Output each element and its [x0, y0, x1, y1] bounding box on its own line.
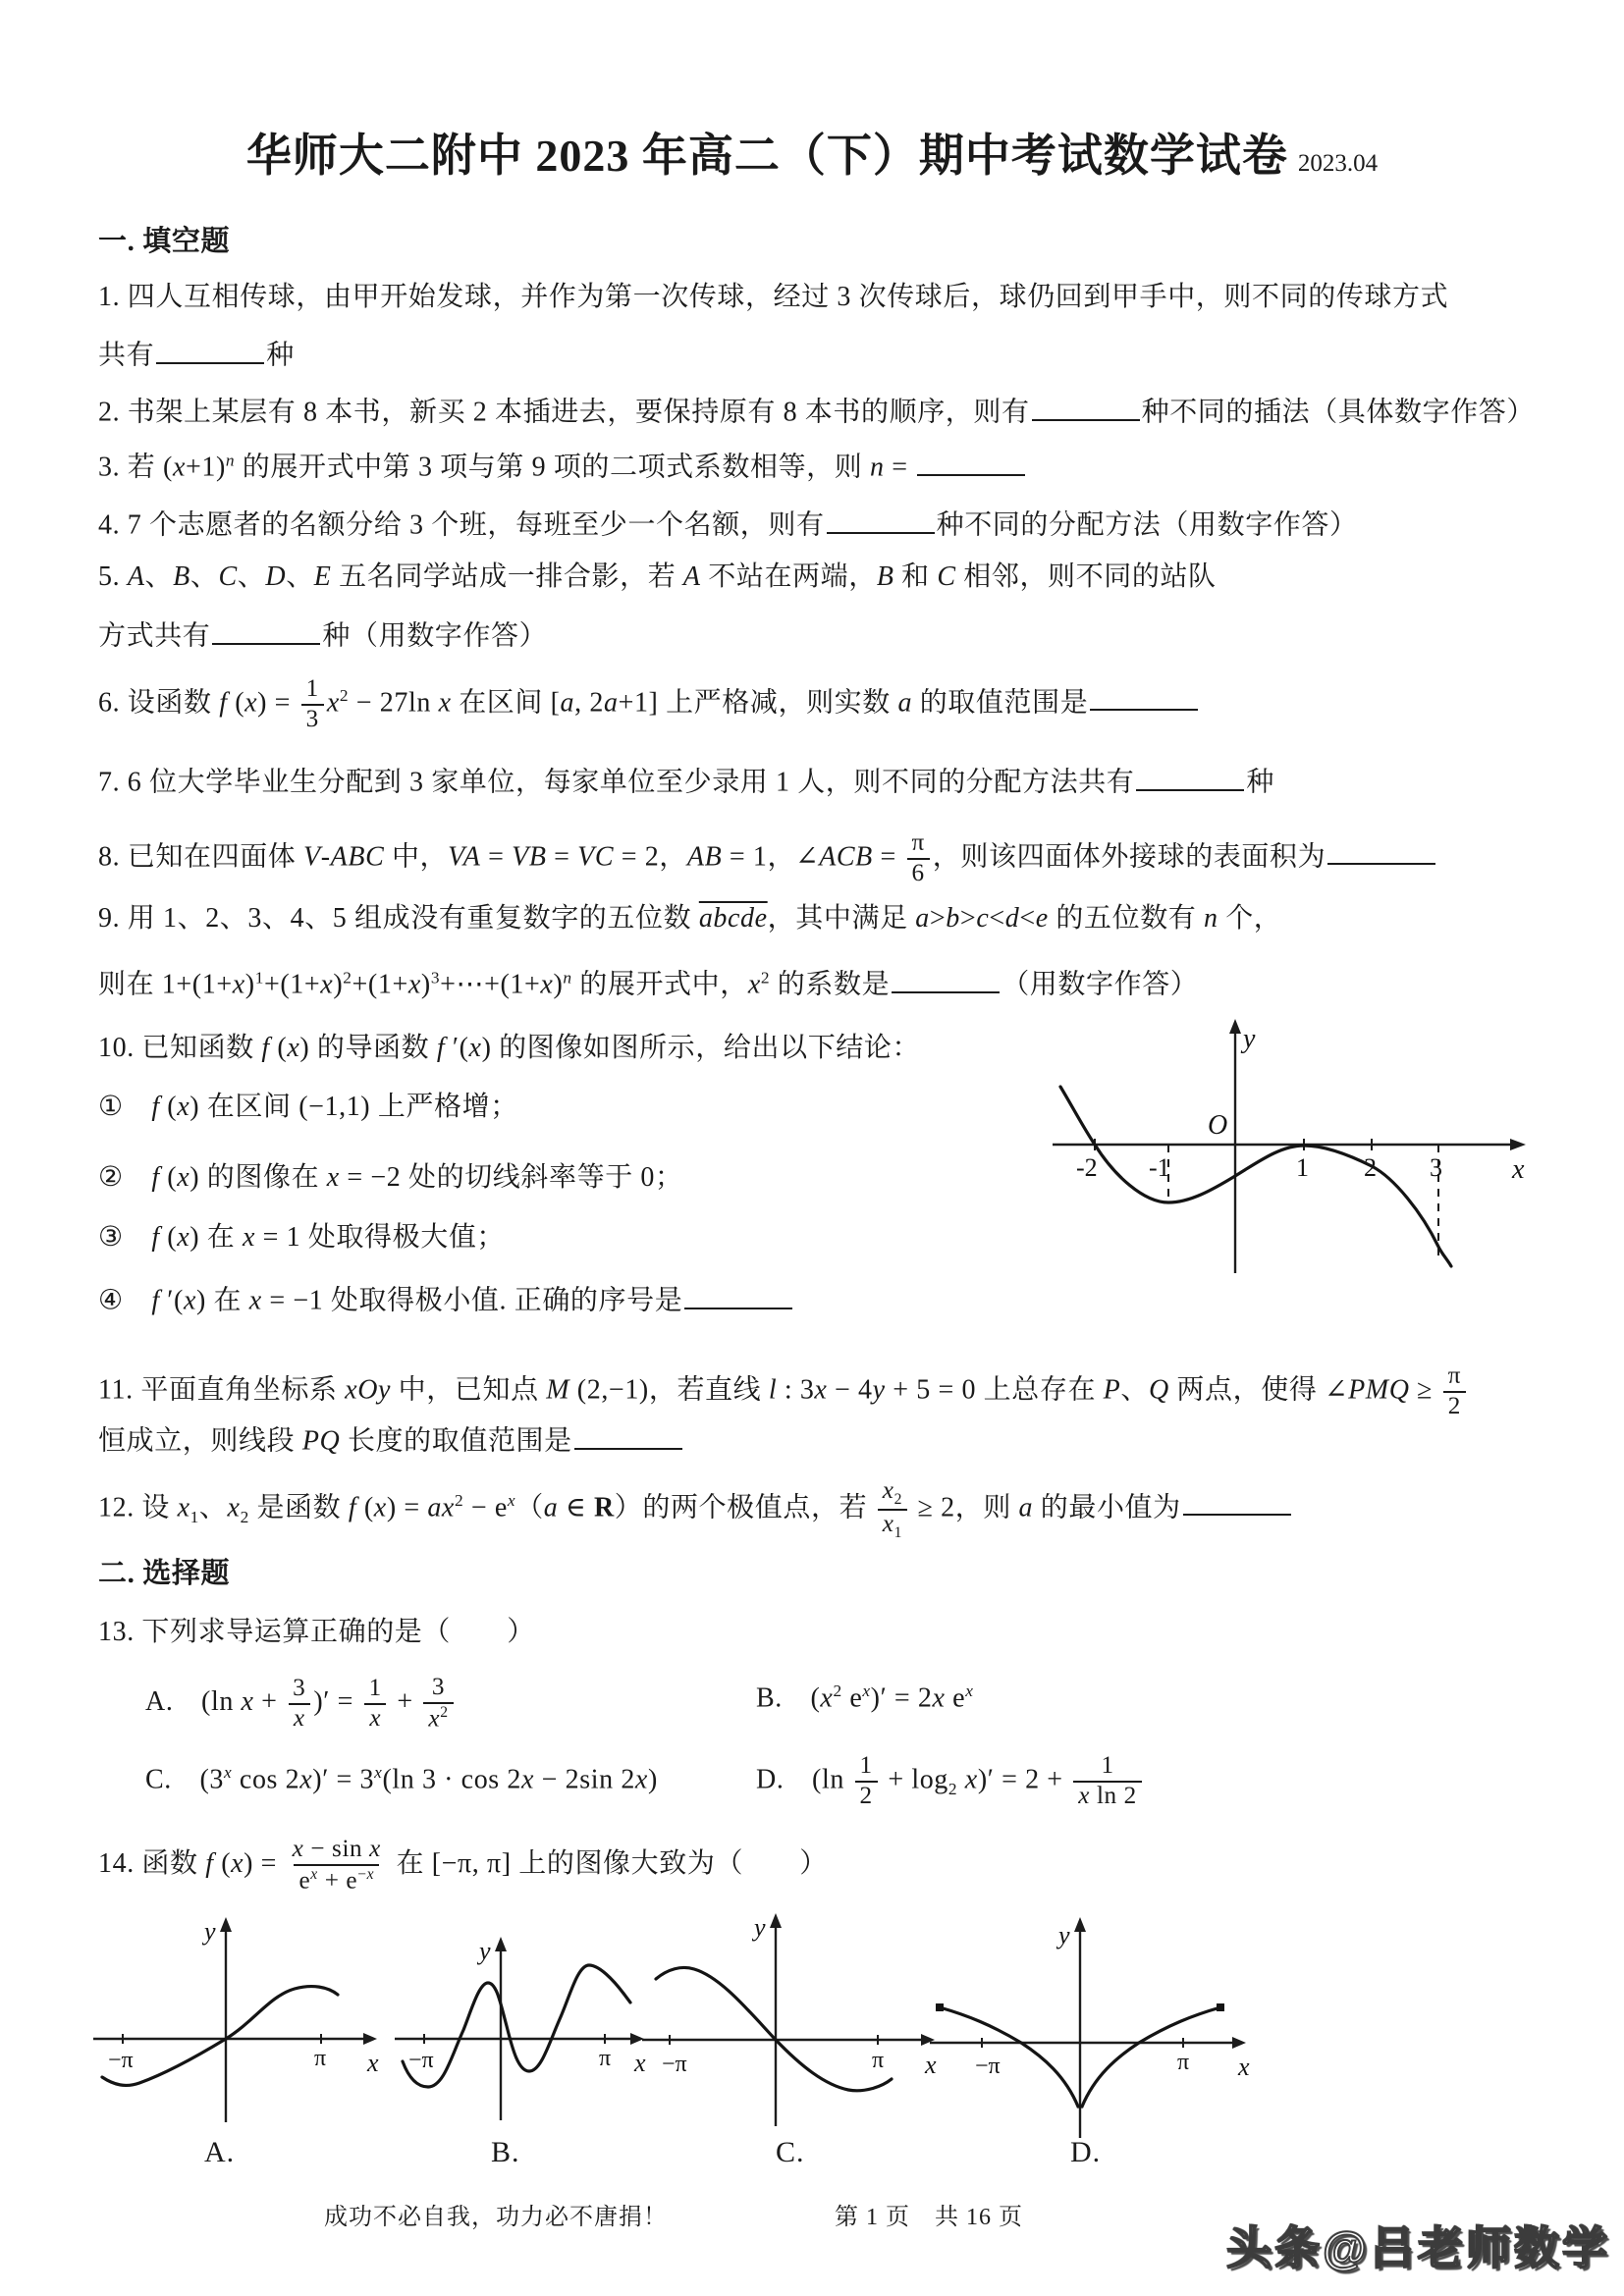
svg-text:x: x — [366, 2049, 379, 2077]
svg-text:y: y — [751, 1913, 766, 1942]
question-5-line-1: 5. A、B、C、D、E 五名同学站成一排合影，若 A 不站在两端，B 和 C … — [98, 560, 1217, 594]
watermark-toutiao: 头条@吕老师数学 — [1226, 2213, 1610, 2277]
svg-text:π: π — [599, 2046, 611, 2071]
svg-text:y: y — [476, 1937, 491, 1965]
question-10-stem: 10. 已知函数 f (x) 的导函数 f ′(x) 的图像如图所示，给出以下结… — [98, 1031, 920, 1065]
figure-q14-option-c: −π π x y — [640, 1912, 940, 2148]
svg-text:y: y — [201, 1917, 216, 1946]
question-11-line-1: 11. 平面直角坐标系 xOy 中，已知点 M (2,−1)，若直线 l : 3… — [98, 1362, 1469, 1421]
svg-text:1: 1 — [1296, 1153, 1309, 1182]
footer-page-number: 第 1 页 共 16 页 — [835, 2197, 1023, 2231]
question-13-option-c: C. (3x cos 2x)′ = 3x(ln 3 · cos 2x − 2si… — [145, 1762, 658, 1796]
svg-text:π: π — [872, 2048, 884, 2073]
question-9-line-1: 9. 用 1、2、3、4、5 组成没有重复数字的五位数 abcde，其中满足 a… — [98, 901, 1281, 935]
question-10-item-1: ① f (x) 在区间 (−1,1) 上严格增； — [98, 1090, 518, 1124]
page-title: 华师大二附中 2023 年高二（下）期中考试数学试卷2023.04 — [0, 120, 1624, 185]
question-8: 8. 已知在四面体 V-ABC 中，VA = VB = VC = 2，AB = … — [98, 829, 1437, 888]
svg-text:y: y — [1240, 1024, 1256, 1054]
question-10-item-2: ② f (x) 的图像在 x = −2 处的切线斜率等于 0； — [98, 1160, 683, 1195]
question-14-stem: 14. 函数 f (x) = x − sin xex + e−x 在 [−π, … — [98, 1836, 828, 1896]
footer-motto: 成功不必自我，功力必不唐捐！ — [324, 2197, 668, 2231]
section-1-heading: 一. 填空题 — [98, 224, 230, 259]
svg-text:−π: −π — [108, 2048, 134, 2073]
graph-label-c: C. — [776, 2136, 805, 2169]
question-7: 7. 6 位大学毕业生分配到 3 家单位，每家单位至少录用 1 人，则不同的分配… — [98, 763, 1274, 800]
question-6: 6. 设函数 f (x) = 13x2 − 27ln x 在区间 [a, 2a+… — [98, 675, 1200, 734]
question-2: 2. 书架上某层有 8 本书，新买 2 本插进去，要保持原有 8 本书的顺序，则… — [98, 393, 1535, 430]
figure-q14-option-b: −π π x y — [391, 1914, 646, 2145]
question-13-option-b: B. (x2 ex)′ = 2x ex — [756, 1681, 974, 1715]
question-9-line-2: 则在 1+(1+x)1+(1+x)2+(1+x)3+⋯+(1+x)n 的展开式中… — [98, 965, 1198, 1002]
svg-text:-2: -2 — [1076, 1153, 1098, 1182]
question-4: 4. 7 个志愿者的名额分给 3 个班，每班至少一个名额，则有种不同的分配方法（… — [98, 506, 1358, 543]
graph-label-b: B. — [491, 2136, 520, 2169]
svg-text:−π: −π — [662, 2052, 687, 2077]
question-13-option-d: D. (ln 12 + log2 x)′ = 2 + 1x ln 2 — [756, 1752, 1145, 1811]
question-5-line-2: 方式共有种（用数字作答） — [98, 616, 547, 654]
svg-text:y: y — [1056, 1921, 1070, 1949]
svg-text:−π: −π — [975, 2054, 1001, 2079]
graph-label-a: A. — [204, 2136, 235, 2169]
question-3: 3. 若 (x+1)n 的展开式中第 3 项与第 9 项的二项式系数相等，则 n… — [98, 448, 1027, 485]
svg-text:3: 3 — [1430, 1153, 1442, 1182]
question-12: 12. 设 x1、x2 是函数 f (x) = ax2 − ex（a ∈ R）的… — [98, 1477, 1293, 1542]
figure-q14-option-a: −π π x y — [88, 1914, 383, 2145]
svg-text:π: π — [1177, 2050, 1189, 2075]
svg-text:x: x — [1237, 2053, 1250, 2081]
question-13-stem: 13. 下列求导运算正确的是（ ） — [98, 1615, 535, 1649]
question-1-line-2: 共有种 — [98, 336, 295, 373]
svg-text:x: x — [1511, 1154, 1525, 1185]
graph-label-d: D. — [1070, 2136, 1101, 2169]
svg-text:π: π — [314, 2046, 326, 2071]
question-1-line-1: 1. 四人互相传球，由甲开始发球，并作为第一次传球，经过 3 次传球后，球仍回到… — [98, 280, 1448, 314]
exam-title: 华师大二附中 2023 年高二（下）期中考试数学试卷 — [246, 131, 1288, 181]
question-10-item-3: ③ f (x) 在 x = 1 处取得极大值； — [98, 1220, 505, 1255]
figure-q10-derivative-graph: y x O -2 -1 1 2 3 — [1049, 1016, 1540, 1281]
question-13-option-a: A. (ln x + 3x)′ = 1x + 3x2 — [145, 1674, 457, 1734]
exam-date: 2023.04 — [1298, 150, 1378, 177]
section-2-heading: 二. 选择题 — [98, 1556, 230, 1591]
svg-text:-1: -1 — [1149, 1153, 1170, 1182]
question-10-item-4: ④ f ′(x) 在 x = −1 处取得极小值. 正确的序号是 — [98, 1281, 794, 1318]
question-11-line-2: 恒成立，则线段 PQ 长度的取值范围是 — [98, 1421, 684, 1459]
svg-text:O: O — [1208, 1110, 1227, 1141]
exam-page: 华师大二附中 2023 年高二（下）期中考试数学试卷2023.04 一. 填空题… — [0, 0, 1624, 2296]
svg-text:−π: −π — [408, 2048, 434, 2073]
svg-text:2: 2 — [1364, 1153, 1377, 1182]
figure-q14-option-d: −π π x y — [928, 1914, 1252, 2150]
